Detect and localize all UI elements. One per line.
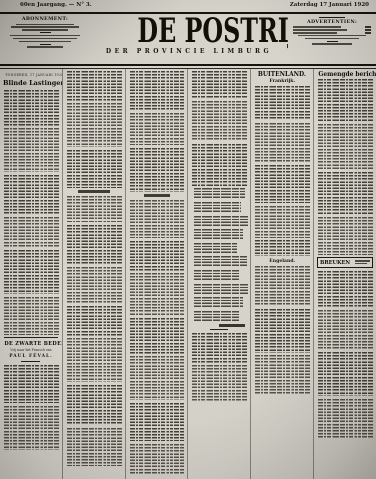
sub-heading-line (144, 194, 170, 197)
text-line (22, 29, 68, 31)
poem-stanza (193, 297, 243, 308)
text-line (11, 26, 78, 28)
text-block (317, 399, 373, 439)
text-block (317, 79, 373, 121)
column-2 (62, 69, 125, 479)
mini-rule (319, 17, 345, 18)
issue-number: 60en Jaargang. — N° 3. (20, 2, 92, 8)
text-block (66, 428, 122, 466)
text-block (317, 172, 373, 214)
text-block (191, 333, 247, 363)
ad-title: BREUKEN (320, 260, 350, 266)
text-line (13, 38, 77, 40)
poem-stanza (193, 202, 241, 213)
section-divider (210, 329, 228, 330)
text-block (66, 225, 122, 265)
text-block (129, 403, 185, 441)
text-line (19, 41, 72, 43)
text-block (66, 150, 122, 188)
text-block (129, 148, 185, 192)
poem-stanza (193, 216, 248, 227)
feuilleton-intro: Vrij naar het Fransch van (3, 348, 59, 352)
publication-date: Zaterdag 17 Januari 1920 (290, 2, 369, 8)
columns: TONGEREN, 17 JANUARI 1920. Blinde Lastin… (0, 69, 376, 479)
text-block (3, 406, 59, 450)
text-block (129, 356, 185, 400)
text-block (317, 124, 373, 170)
text-block (3, 90, 59, 126)
text-block (191, 101, 247, 141)
text-block (317, 310, 373, 350)
text-block (191, 365, 247, 401)
text-block (254, 240, 310, 256)
abonnement-box: ABONNEMENT: (0, 14, 90, 64)
text-line (16, 24, 74, 26)
column-1: TONGEREN, 17 JANUARI 1920. Blinde Lastin… (0, 69, 62, 479)
text-block (3, 128, 59, 172)
text-block (254, 123, 310, 163)
text-block (129, 113, 185, 145)
text-block (254, 86, 310, 120)
text-block (129, 200, 185, 238)
text-block (191, 144, 247, 186)
text-block (66, 267, 122, 303)
ad-box-breuken: BREUKEN (317, 257, 373, 268)
poem-signature (219, 324, 245, 326)
column-5: BUITENLAND. Frankrijk. Engeland. (250, 69, 313, 479)
column-6: Gemengde berichten BREUKEN (313, 69, 376, 479)
mini-rule (40, 32, 51, 33)
text-line (10, 35, 80, 37)
article-dateline: TONGEREN, 17 JANUARI 1920. (5, 73, 56, 77)
feuilleton-rule (4, 337, 58, 338)
column-4 (187, 69, 250, 479)
text-block (254, 355, 310, 395)
text-block (317, 217, 373, 255)
sub-heading-line (78, 190, 110, 193)
text-block (3, 365, 59, 403)
text-block (129, 444, 185, 474)
text-block (66, 196, 122, 222)
text-block (66, 385, 122, 425)
poem-stanza (193, 188, 245, 199)
text-block (317, 271, 373, 307)
advertentien-heading: ADVERTENTIEN: (293, 19, 371, 25)
section-heading-buitenland: BUITENLAND. (256, 71, 309, 78)
mini-rule (327, 41, 338, 42)
newspaper-page: 60en Jaargang. — N° 3. Zaterdag 17 Janua… (0, 0, 376, 479)
poem-stanza (193, 243, 237, 254)
text-block (129, 241, 185, 271)
subsection-engeland: Engeland. (254, 259, 310, 264)
price-line (293, 29, 371, 31)
text-block (66, 338, 122, 382)
poem-stanza (193, 229, 243, 240)
feuilleton-rule (21, 361, 40, 362)
feuilleton-title: DE ZWARTE BEDELAAR (4, 341, 57, 347)
text-block (254, 266, 310, 306)
section-heading-gemengde-berichten: Gemengde berichten (319, 71, 372, 78)
text-line (355, 263, 367, 265)
feuilleton-header: DE ZWARTE BEDELAAR Vrij naar het Fransch… (3, 337, 59, 362)
masthead-area: ABONNEMENT: DE POSTRIJDER DER PROVINCIE … (0, 14, 376, 64)
poem-stanza (193, 311, 239, 322)
advertentien-box: ADVERTENTIEN: (288, 14, 376, 64)
feuilleton-author: PAUL FÉVAL. (3, 354, 59, 359)
abonnement-heading: ABONNEMENT: (5, 16, 85, 22)
text-block (129, 318, 185, 354)
poem-stanza (193, 270, 240, 281)
text-block (317, 352, 373, 396)
text-line (27, 46, 64, 48)
text-block (3, 175, 59, 215)
text-block (3, 297, 59, 335)
masthead-title: DE POSTRIJDER (137, 16, 288, 47)
price-line (293, 26, 371, 28)
text-block (254, 309, 310, 353)
text-block (129, 71, 185, 111)
text-block (3, 250, 59, 294)
subsection-frankrijk: Frankrijk. (254, 79, 310, 84)
text-block (254, 206, 310, 238)
column-3 (125, 69, 188, 479)
text-block (129, 273, 185, 315)
article-heading: Blinde Lastingen (3, 79, 59, 87)
masthead-center: DE POSTRIJDER DER PROVINCIE LIMBURG (90, 14, 288, 64)
text-block (66, 306, 122, 336)
text-line (305, 38, 360, 40)
text-line (298, 35, 365, 37)
top-strip: 60en Jaargang. — N° 3. Zaterdag 17 Janua… (0, 0, 376, 11)
text-block (3, 217, 59, 247)
text-block (191, 71, 247, 99)
text-line (312, 43, 353, 45)
mini-rule (40, 44, 51, 45)
poem-stanza (193, 256, 247, 267)
text-line (355, 260, 370, 262)
ad-text-lines (355, 260, 370, 265)
text-block (66, 71, 122, 101)
text-block (66, 103, 122, 147)
text-block (254, 165, 310, 203)
price-line (293, 32, 371, 34)
poem-stanza (193, 284, 248, 295)
